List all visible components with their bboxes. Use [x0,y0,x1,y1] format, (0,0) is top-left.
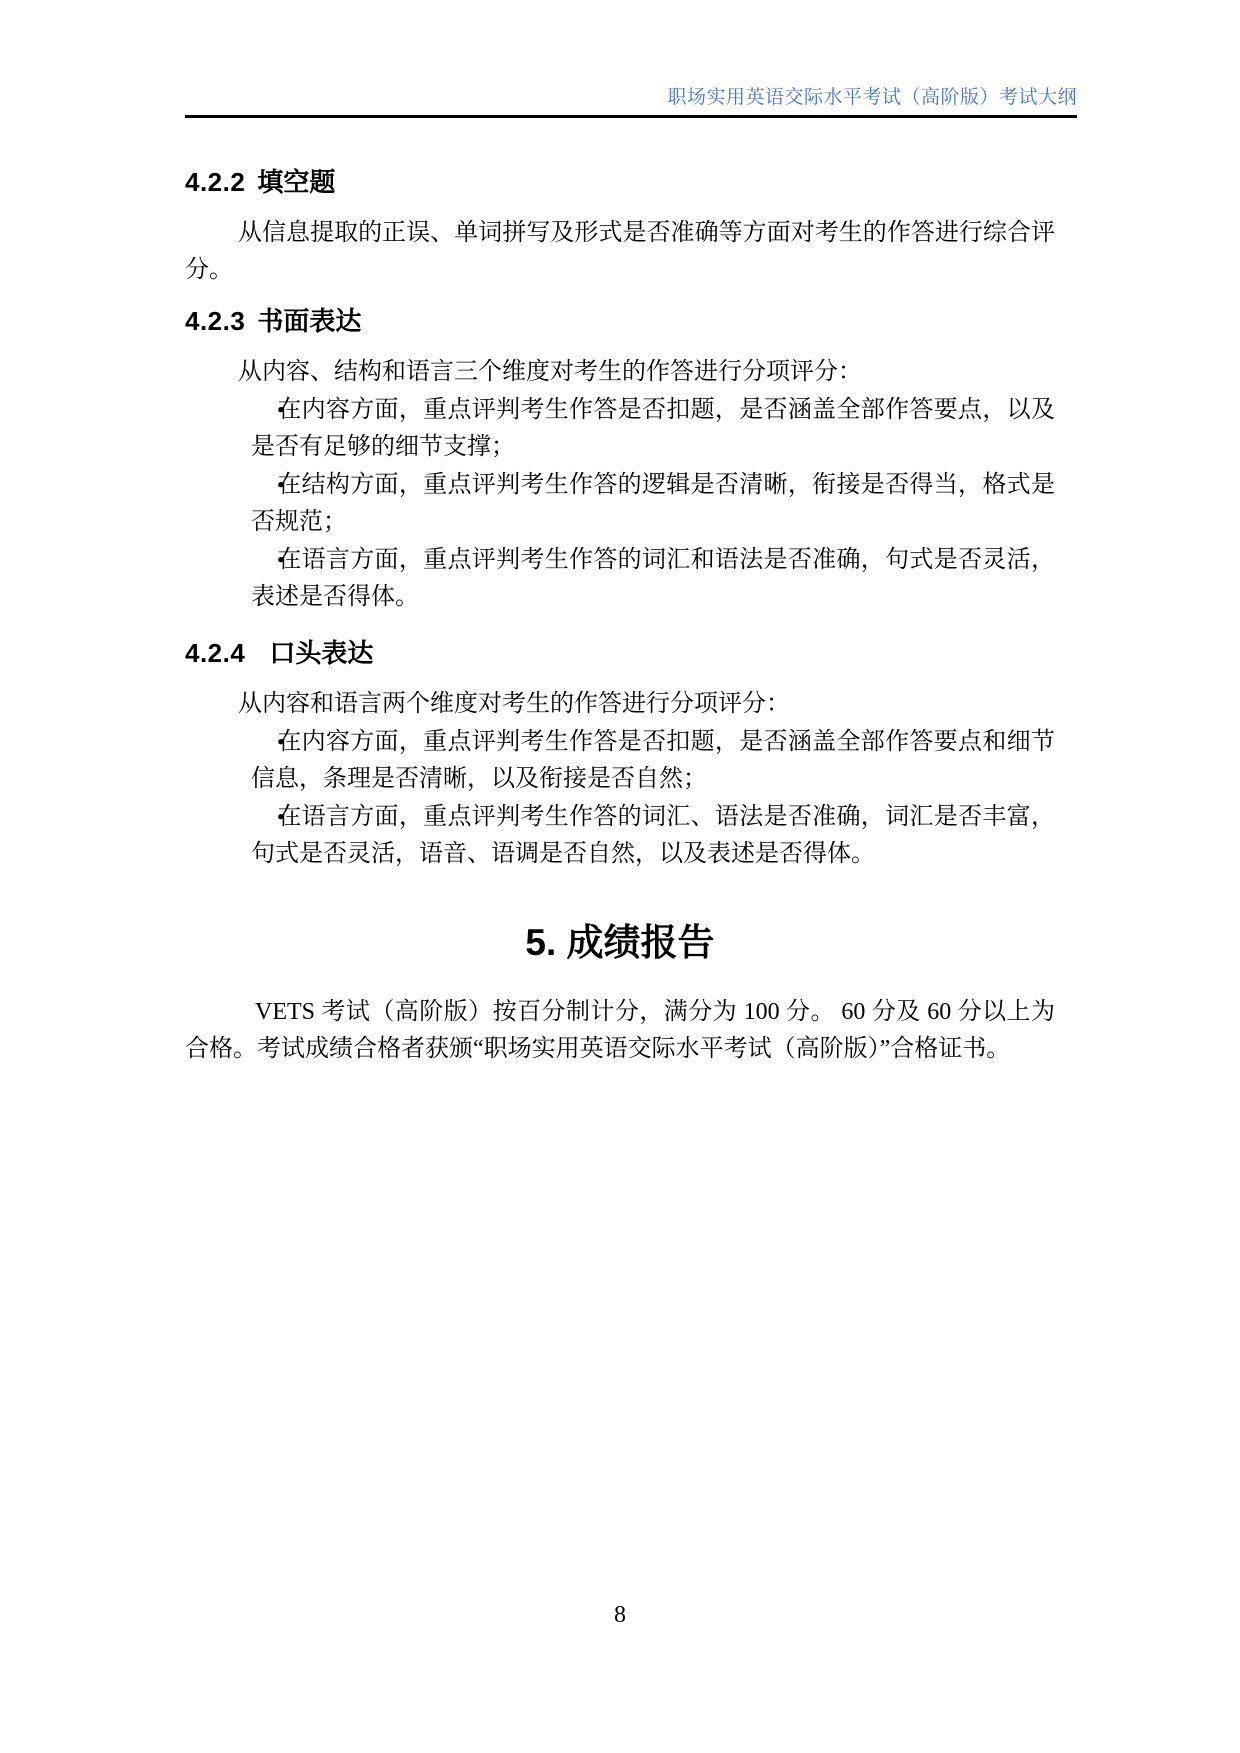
section-4-2-3-bullet-list: 在内容方面，重点评判考生作答是否扣题，是否涵盖全部作答要点，以及是否有足够的细节… [185,391,1055,616]
page-number: 8 [614,1602,626,1628]
section-4-2-3-heading: 4.2.3书面表达 [185,306,1055,336]
chapter-5: 5. 成绩报告 VETS 考试（高阶版）按百分制计分，满分为 100 分。 60… [185,920,1055,1068]
section-4-2-4: 4.2.4口头表达 从内容和语言两个维度对考生的作答进行分项评分： 在内容方面，… [185,638,1055,873]
page-header: 职场实用英语交际水平考试（高阶版）考试大纲 [185,0,1077,118]
bullet-item: 在语言方面，重点评判考生作答的词汇、语法是否准确，词汇是否丰富，句式是否灵活，语… [251,798,1055,873]
section-4-2-3-lead: 从内容、结构和语言三个维度对考生的作答进行分项评分： [185,354,1055,391]
section-number: 4.2.4 [185,638,245,668]
chapter-heading: 5. 成绩报告 [185,920,1055,966]
bullet-item: 在内容方面，重点评判考生作答是否扣题，是否涵盖全部作答要点，以及是否有足够的细节… [251,391,1055,466]
bullet-item: 在语言方面，重点评判考生作答的词汇和语法是否准确，句式是否灵活，表述是否得体。 [251,541,1055,616]
section-4-2-2-paragraph: 从信息提取的正误、单词拼写及形式是否准确等方面对考生的作答进行综合评分。 [185,215,1055,289]
section-number: 4.2.3 [185,306,245,336]
section-number: 4.2.2 [185,167,245,197]
bullet-item: 在内容方面，重点评判考生作答是否扣题，是否涵盖全部作答要点和细节信息，条理是否清… [251,723,1055,798]
section-4-2-3: 4.2.3书面表达 从内容、结构和语言三个维度对考生的作答进行分项评分： 在内容… [185,306,1055,616]
document-page: 职场实用英语交际水平考试（高阶版）考试大纲 4.2.2填空题 从信息提取的正误、… [0,0,1240,1753]
header-title: 职场实用英语交际水平考试（高阶版）考试大纲 [185,86,1077,110]
page-footer: 8 [0,1600,1240,1630]
section-4-2-4-heading: 4.2.4口头表达 [185,638,1055,668]
section-title: 书面表达 [257,306,361,336]
section-title: 填空题 [257,167,335,197]
section-4-2-2-heading: 4.2.2填空题 [185,167,1055,197]
section-4-2-2: 4.2.2填空题 从信息提取的正误、单词拼写及形式是否准确等方面对考生的作答进行… [185,167,1055,289]
chapter-paragraph: VETS 考试（高阶版）按百分制计分，满分为 100 分。 60 分及 60 分… [185,994,1055,1068]
section-4-2-4-lead: 从内容和语言两个维度对考生的作答进行分项评分： [185,686,1055,723]
bullet-item: 在结构方面，重点评判考生作答的逻辑是否清晰，衔接是否得当，格式是否规范； [251,466,1055,541]
section-4-2-4-bullet-list: 在内容方面，重点评判考生作答是否扣题，是否涵盖全部作答要点和细节信息，条理是否清… [185,723,1055,873]
section-title: 口头表达 [269,638,373,668]
